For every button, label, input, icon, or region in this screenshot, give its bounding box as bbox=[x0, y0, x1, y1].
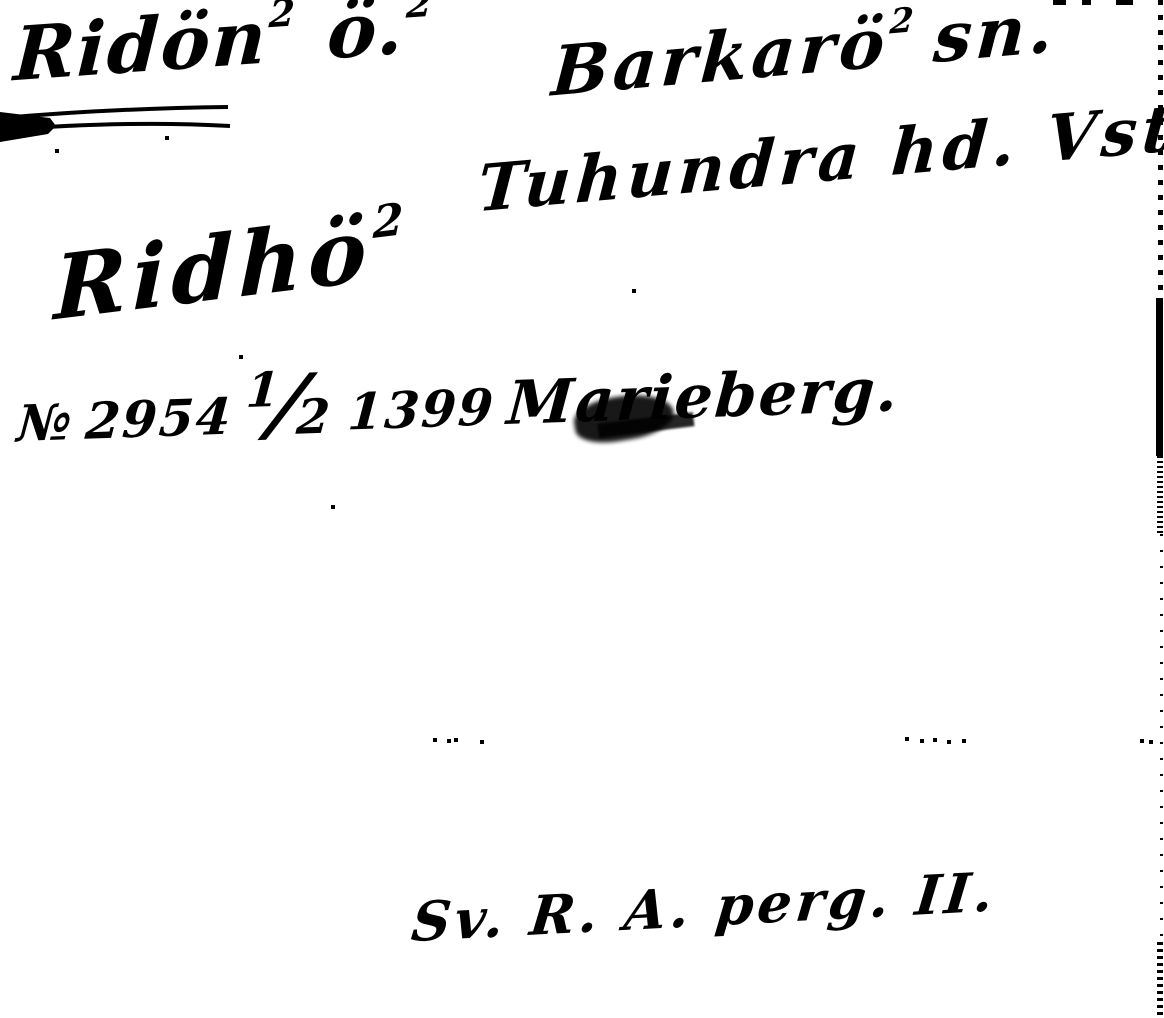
variant-homonym-number: 2 bbox=[372, 194, 403, 249]
scan-edge-artifact bbox=[1156, 298, 1163, 456]
headword-feature-abbrev: ö. bbox=[325, 0, 407, 76]
scan-edge-artifact bbox=[1160, 534, 1163, 942]
record-number: 2954 bbox=[84, 386, 235, 450]
variant-name: Ridhö bbox=[53, 196, 373, 340]
spacer bbox=[292, 58, 326, 60]
scan-edge-artifact bbox=[1157, 456, 1163, 534]
parish-name: Barkarö bbox=[549, 2, 891, 112]
scan-edge-artifact bbox=[1082, 0, 1091, 5]
date-fraction: 1/2 bbox=[242, 355, 336, 452]
scanned-archival-card: Ridön2ö.2 Barkarö2sn. Tuhundra hd. Vstl.… bbox=[0, 0, 1164, 1018]
scan-edge-artifact bbox=[1116, 0, 1133, 5]
headword-name: Ridön bbox=[12, 0, 270, 98]
spacer bbox=[910, 62, 932, 64]
record-place: Marieberg. bbox=[505, 355, 902, 439]
headword-homonym-number: 2 bbox=[268, 0, 296, 36]
parish-type-abbrev: sn. bbox=[931, 0, 1060, 79]
feature-homonym-number: 2 bbox=[405, 0, 433, 27]
parish-entry: Barkarö2sn. bbox=[549, 0, 1060, 113]
scan-edge-artifact bbox=[1157, 942, 1163, 1018]
record-year: 1399 bbox=[346, 377, 497, 441]
source-citation-line: Sv. R. A. perg. II. bbox=[409, 859, 1001, 954]
headword-entry: Ridön2ö.2 bbox=[12, 0, 433, 98]
source-text: Sv. R. A. perg. II. bbox=[409, 859, 1001, 954]
number-sign: № bbox=[15, 392, 75, 453]
record-line: №29541/21399Marieberg. bbox=[15, 335, 904, 460]
parish-homonym-number: 2 bbox=[888, 0, 914, 42]
scan-specks bbox=[0, 0, 2, 2]
variant-entry: Ridhö2 bbox=[53, 193, 404, 341]
underline-flourish bbox=[0, 96, 260, 156]
